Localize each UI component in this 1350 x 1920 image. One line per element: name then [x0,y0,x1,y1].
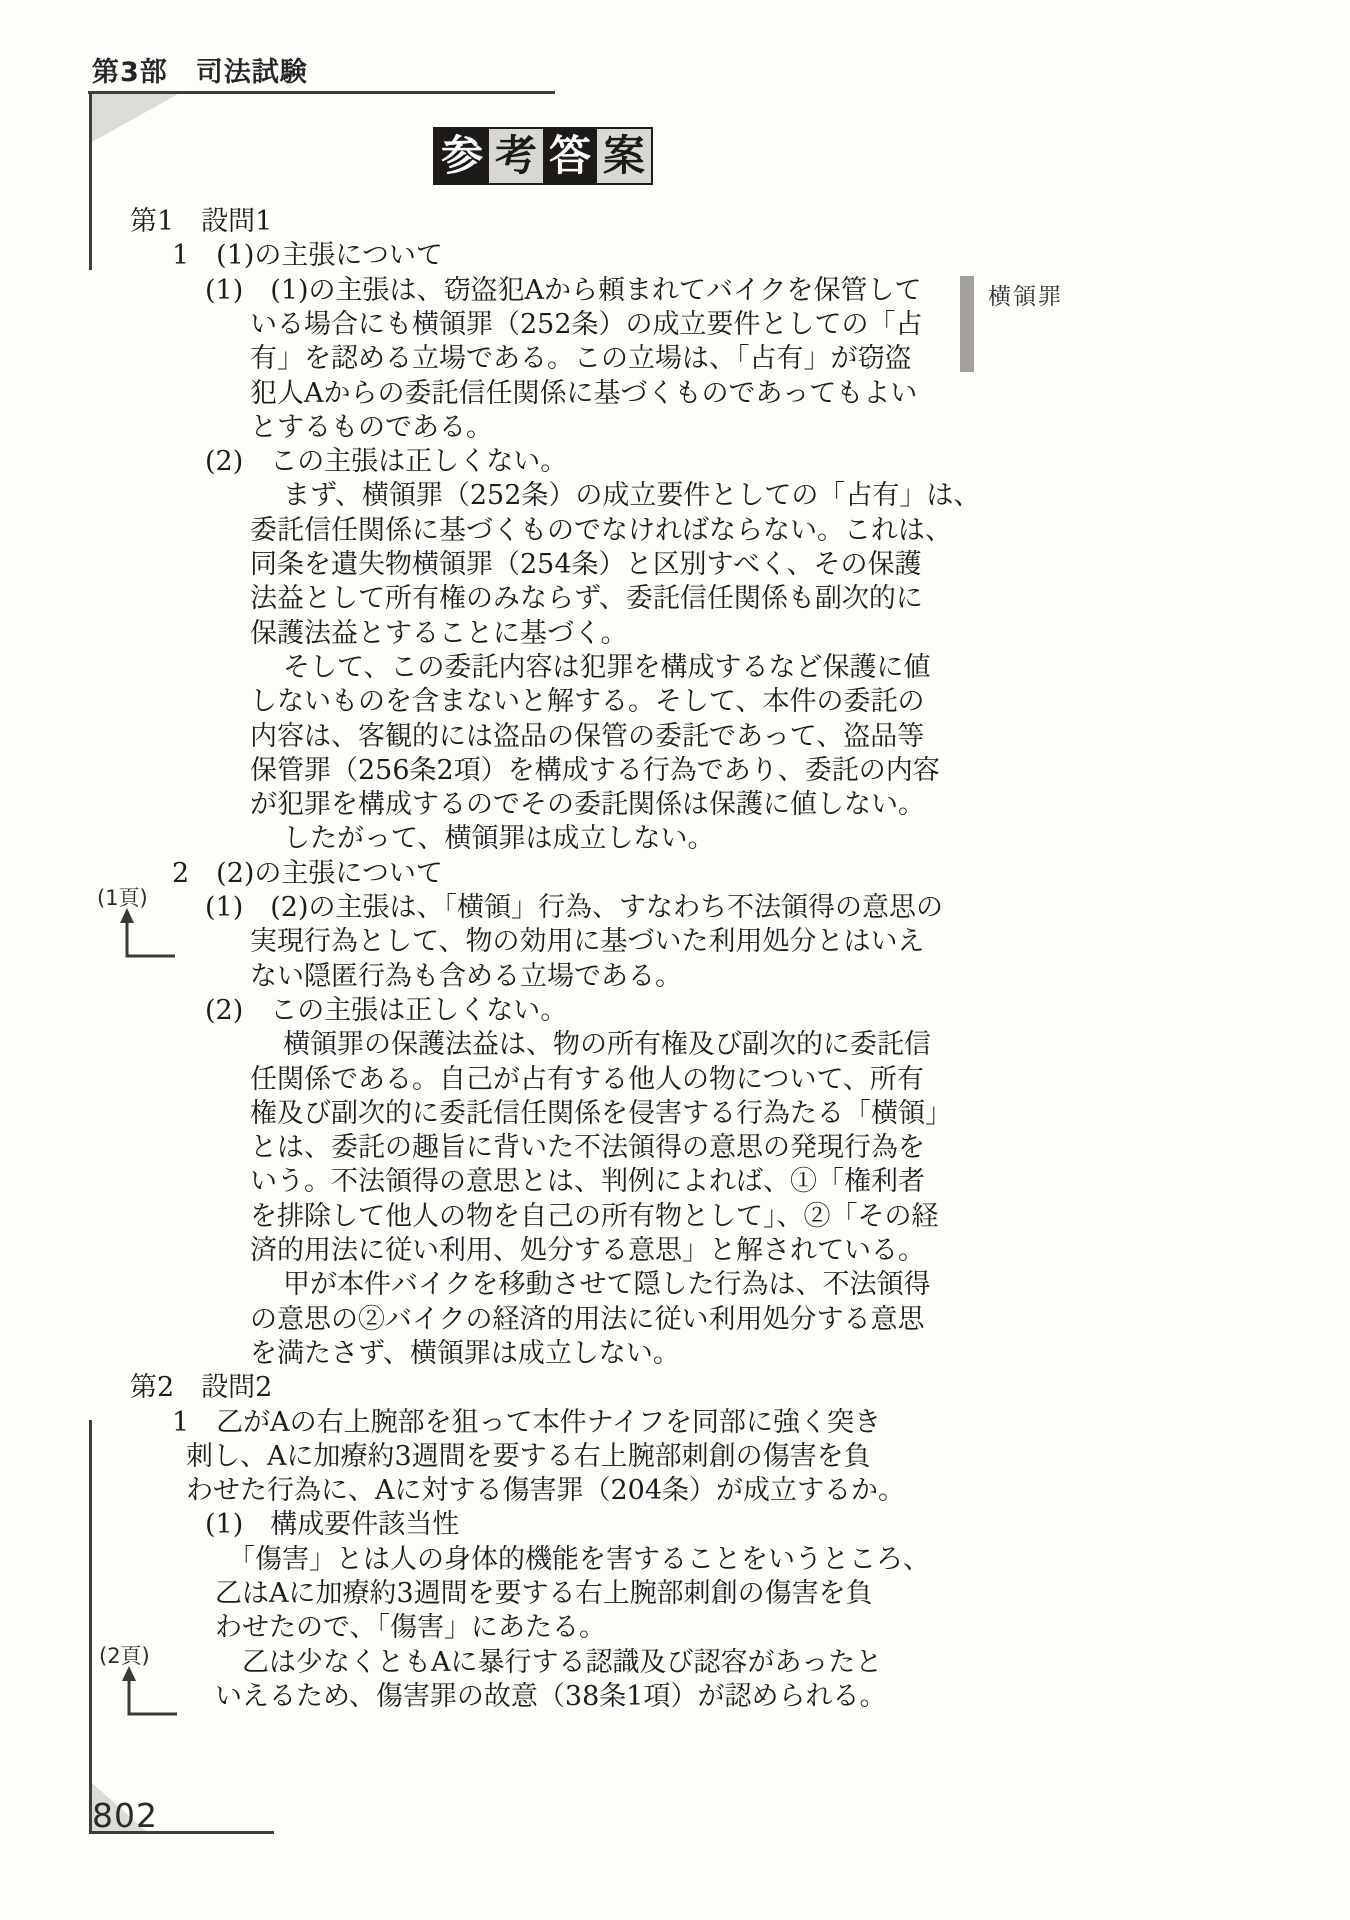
body-line: そして、この委託内容は犯罪を構成するなど保護に値 [283,651,930,685]
title-char: 答 [543,129,597,183]
body-line: (1) 構成要件該当性 [205,1508,459,1542]
body-line: わせたので、「傷害」にあたる。 [215,1611,606,1645]
body-line: 横領罪の保護法益は、物の所有権及び副次的に委託信 [283,1028,931,1062]
body-line: 権及び副次的に委託信任関係を侵害する行為たる「横領」 [250,1097,952,1131]
body-line: 第2 設問2 [130,1371,272,1405]
body-line: 1 (1)の主張について [172,239,443,273]
body-line: (2) この主張は正しくない。 [205,994,567,1028]
margin-note-bar [960,276,974,372]
body-line: わせた行為に、Aに対する傷害罪（204条）が成立するか。 [186,1474,905,1508]
page-marker-up-arrow-icon [112,908,182,964]
body-line: を排除して他人の物を自己の所有物として」、②「その経 [250,1200,939,1234]
body-line: 有」を認める立場である。この立場は、「占有」が窃盗 [250,342,912,376]
body-line: 保護法益とすることに基づく。 [250,617,627,651]
body-line: (2) この主張は正しくない。 [205,445,567,479]
body-line: ない隠匿行為も含める立場である。 [250,960,682,994]
body-line: (1) (1)の主張は、窃盗犯Aから頼まれてバイクを保管して [205,274,921,308]
body-line: 犯人Aからの委託信任関係に基づくものであってもよい [250,377,917,411]
title-char: 案 [597,129,651,183]
body-line: 委託信任関係に基づくものでなければならない。これは、 [250,514,952,548]
body-line: 保管罪（256条2項）を構成する行為であり、委託の内容 [250,754,940,788]
body-line: 刺し、Aに加療約3週間を要する右上腕部刺創の傷害を負 [186,1440,871,1474]
book-page: { "page": { "header": "第3部 司法試験", "title… [0,0,1350,1920]
body-line: を満たさず、横領罪は成立しない。 [250,1337,680,1371]
chapter-header: 第3部 司法試験 [92,50,308,89]
body-line: 済的用法に従い利用、処分する意思」と解されている。 [250,1234,925,1268]
title-char: 考 [489,129,543,183]
body-line: しないものを含まないと解する。そして、本件の委託の [250,685,924,719]
bottom-left-vertical-rule [89,1420,92,1833]
body-line: 実現行為として、物の効用に基づいた利用処分とはいえ [250,925,924,959]
body-line: 内容は、客観的には盗品の保管の委託であって、盗品等 [250,720,924,754]
body-line: いる場合にも横領罪（252条）の成立要件としての「占 [250,308,923,342]
folio-rule [89,1831,274,1834]
body-line: いえるため、傷害罪の故意（38条1項）が認められる。 [215,1680,886,1714]
body-line: 法益として所有権のみならず、委託信任関係も副次的に [250,582,923,616]
body-line: 任関係である。自己が占有する他人の物について、所有 [250,1063,924,1097]
body-line: 第1 設問1 [130,205,272,239]
body-line: の意思の②バイクの経済的用法に従い利用処分する意思 [250,1303,924,1337]
page-title: 参考答案 [433,127,653,185]
header-rule [88,91,555,94]
body-line: 同条を遺失物横領罪（254条）と区別すべく、その保護 [250,548,921,582]
body-line: (1) (2)の主張は、「横領」行為、すなわち不法領得の意思の [205,891,943,925]
top-corner-triangle [92,94,178,142]
body-line: 2 (2)の主張について [172,857,443,891]
body-line: 乙は少なくともAに暴行する認識及び認容があったと [242,1646,882,1680]
body-line: とは、委託の趣旨に背いた不法領得の意思の発現行為を [250,1131,925,1165]
title-char: 参 [435,129,489,183]
page-number: 802 [92,1796,158,1835]
body-line: 1 乙がAの右上腕部を狙って本件ナイフを同部に強く突き [172,1406,881,1440]
body-line: 乙はAに加療約3週間を要する右上腕部刺創の傷害を負 [215,1577,873,1611]
body-line: まず、横領罪（252条）の成立要件としての「占有」は、 [283,479,980,513]
body-line: が犯罪を構成するのでその委託関係は保護に値しない。 [250,788,925,822]
body-line: 甲が本件バイクを移動させて隠した行為は、不法領得 [283,1268,930,1302]
page-marker-up-arrow-icon [114,1666,184,1722]
top-left-vertical-rule [89,92,92,270]
body-line: したがって、横領罪は成立しない。 [283,822,714,856]
body-line: とするものである。 [250,411,493,445]
body-line: いう。不法領得の意思とは、判例によれば、①「権利者 [250,1165,925,1199]
body-line: 「傷害」とは人の身体的機能を害することをいうところ、 [228,1543,930,1577]
margin-note-label: 横領罪 [988,278,1063,311]
